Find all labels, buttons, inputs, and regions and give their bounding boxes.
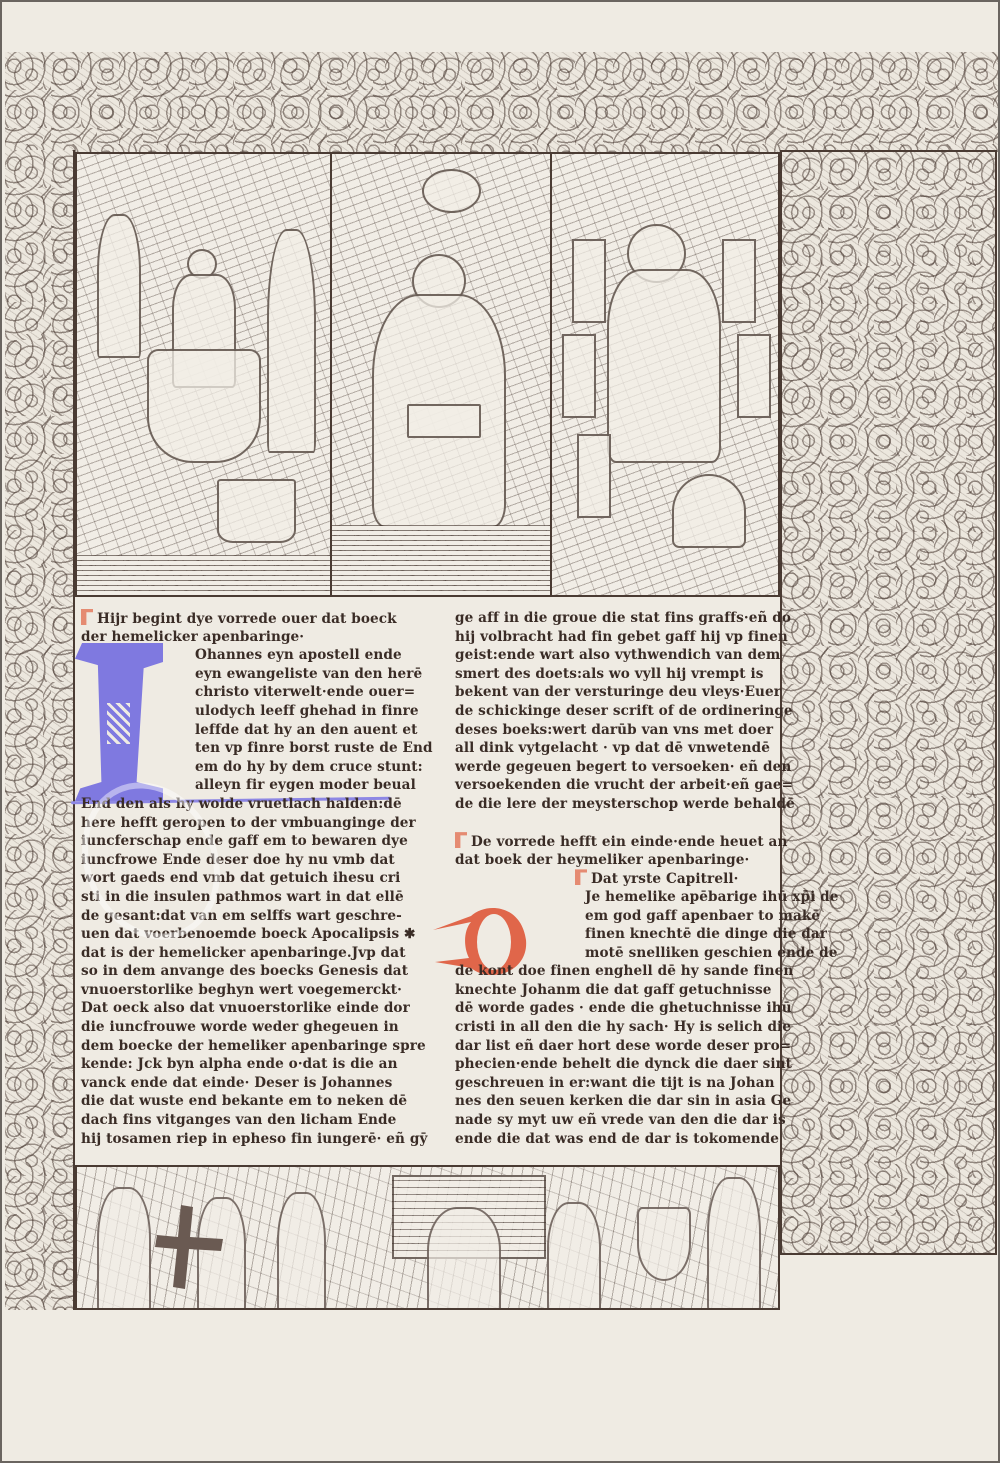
page-frame [0,0,1000,1463]
manuscript-page: Martyrdom of St. John in boiling oil St.… [0,0,1000,1463]
